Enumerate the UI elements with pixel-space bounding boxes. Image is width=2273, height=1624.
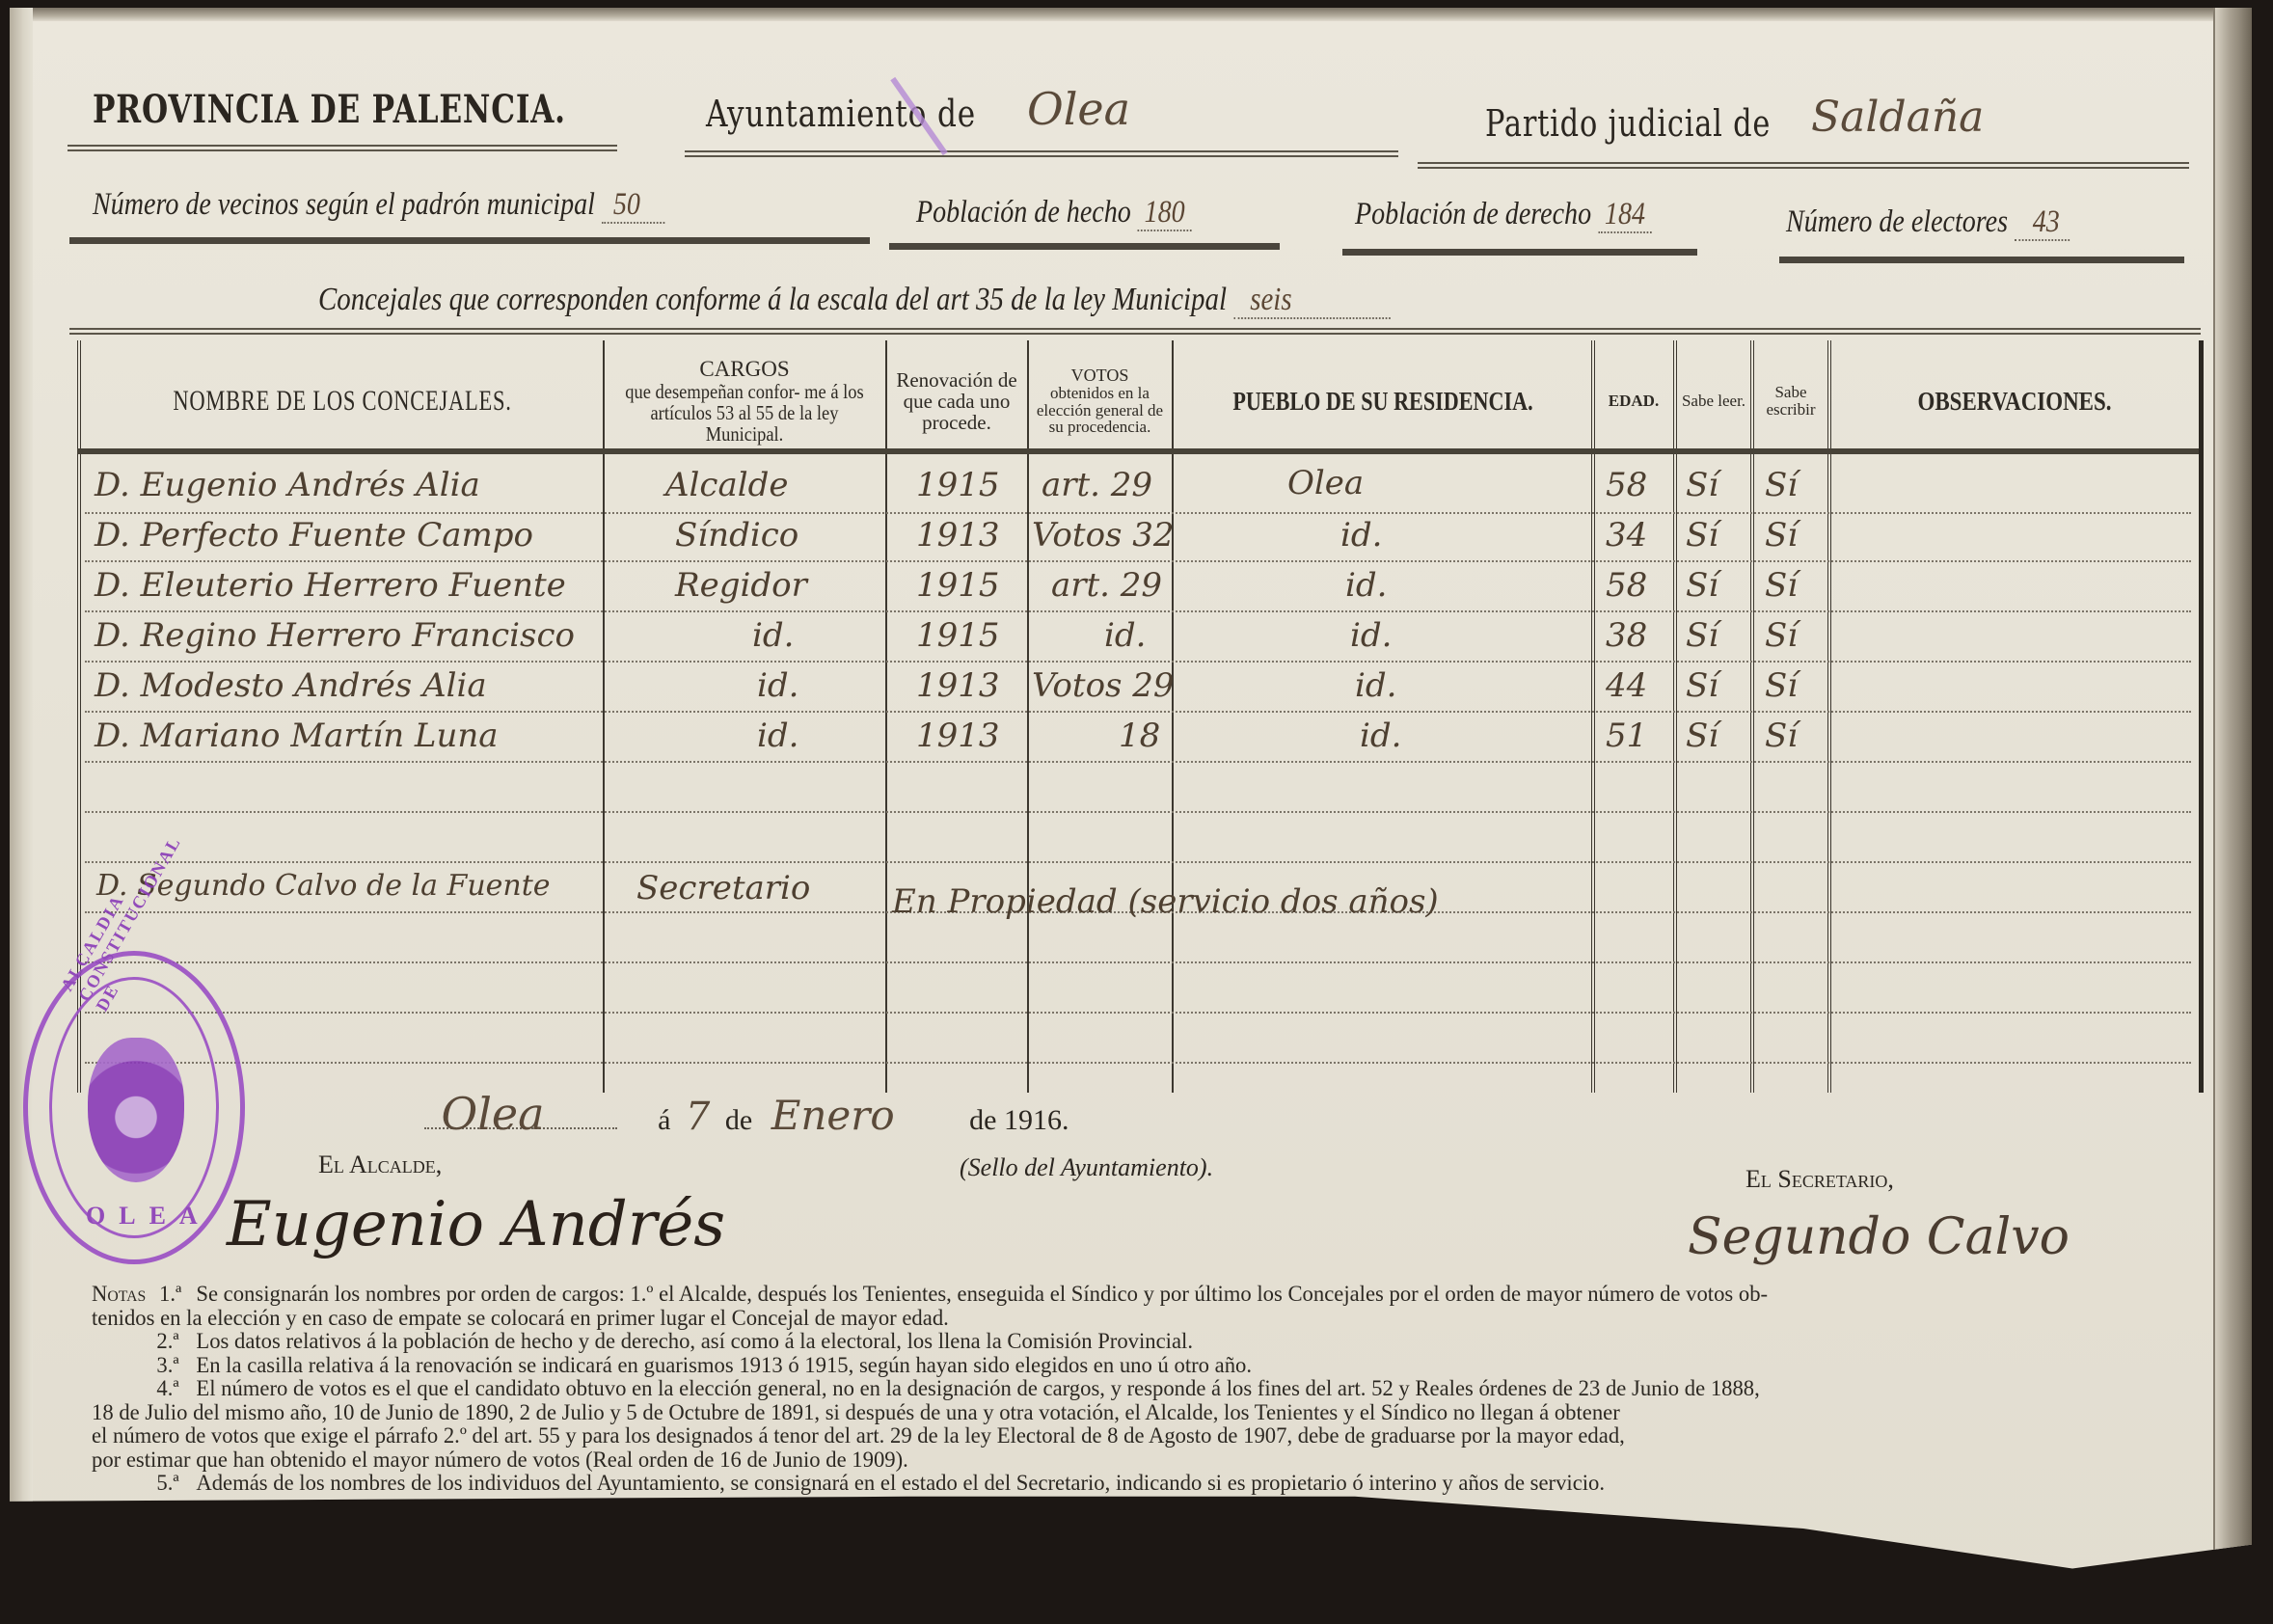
header-votos-title: VOTOS: [1071, 366, 1129, 385]
electores-label: Número de electores: [1786, 204, 2008, 239]
date-day: 7: [686, 1095, 710, 1139]
cell-escribir: Sí: [1765, 616, 1798, 655]
row-line: [85, 661, 2191, 663]
cell-renovacion: 1913: [916, 666, 1000, 705]
cell-nombre: D. Mariano Martín Luna: [95, 717, 499, 755]
note-text: tenidos en la elección y en caso de empa…: [92, 1307, 2162, 1331]
document-sheet: PROVINCIA DE PALENCIA. Ayuntamiento de O…: [10, 8, 2252, 1609]
cell-renovacion: 1915: [916, 616, 1000, 655]
date-line: Olea á 7 de Enero de 1916.: [424, 1088, 1069, 1140]
header-rule: [685, 150, 1398, 157]
note-text: el número de votos que exige el párrafo …: [92, 1424, 2162, 1448]
note-num: 1.ª: [159, 1282, 181, 1306]
date-a: á: [658, 1104, 670, 1136]
cell-nombre: D. Perfecto Fuente Campo: [95, 516, 533, 555]
cell-edad: 38: [1606, 616, 1647, 655]
table-top-rule: [69, 328, 2201, 335]
cell-renovacion: 1915: [916, 566, 1000, 605]
derecho-value: 184: [1598, 197, 1652, 233]
note-number: 3.ª: [92, 1354, 196, 1378]
header-renovacion: Renovación de que cada uno procede.: [889, 352, 1024, 450]
header-pueblo: PUEBLO DE SU RESIDENCIA.: [1214, 352, 1553, 450]
date-de: de: [725, 1104, 752, 1136]
concejales-value: seis: [1233, 282, 1390, 319]
row-line: [85, 560, 2191, 562]
cell-escribir: Sí: [1765, 717, 1798, 755]
header-sabe-leer: Sabe leer.: [1678, 352, 1749, 450]
row-line: [85, 1062, 2191, 1064]
header-rule: [68, 145, 617, 151]
date-place: Olea: [442, 1088, 545, 1140]
cell-pueblo: id.: [1355, 666, 1396, 705]
cell-renovacion: 1913: [916, 717, 1000, 755]
cell-leer: Sí: [1686, 717, 1718, 755]
alcalde-signature: Eugenio Andrés: [227, 1189, 725, 1260]
vecinos-field: Número de vecinos según el padrón munici…: [93, 187, 664, 223]
cell-edad: 58: [1606, 566, 1647, 605]
note-text: En la casilla relativa á la renovación s…: [196, 1354, 2162, 1378]
cell-leer: Sí: [1686, 616, 1718, 655]
book-edge: [2213, 8, 2252, 1551]
row-rule: [1779, 257, 2184, 263]
sello-label: (Sello del Ayuntamiento).: [960, 1153, 1213, 1182]
table-border-right: [2199, 340, 2204, 1093]
alcalde-label: El Alcalde,: [318, 1150, 442, 1179]
cell-escribir: Sí: [1765, 666, 1798, 705]
cell-pueblo: id.: [1350, 616, 1392, 655]
cell-votos: art. 29: [1042, 466, 1152, 504]
header-edad: EDAD.: [1596, 352, 1671, 450]
concejales-field: Concejales que corresponden conforme á l…: [318, 282, 1391, 318]
cell-votos: Votos 32: [1032, 516, 1175, 555]
cell-edad: 51: [1606, 717, 1647, 755]
cell-renovacion: 1913: [916, 516, 1000, 555]
cell-votos: Votos 29: [1032, 666, 1175, 705]
vecinos-label: Número de vecinos según el padrón munici…: [93, 187, 595, 222]
cell-edad: 58: [1606, 466, 1647, 504]
notes-section: Notas1.ª Se consignarán los nombres por …: [92, 1283, 2162, 1496]
row-rule: [1342, 249, 1697, 256]
cell-nombre: D. Regino Herrero Francisco: [95, 616, 575, 655]
cell-escribir: Sí: [1765, 566, 1798, 605]
cell-cargo: id.: [752, 616, 794, 655]
cell-secretario-cargo: Secretario: [636, 869, 810, 907]
cell-leer: Sí: [1686, 566, 1718, 605]
cell-secretario-detalle: En Propiedad (servicio dos años): [892, 882, 1439, 921]
cell-cargo: Alcalde: [665, 466, 789, 504]
note-text: Además de los nombres de los individuos …: [196, 1472, 2162, 1496]
header-cargos: CARGOS que desempeñan confor- me á los a…: [606, 352, 883, 450]
vecinos-value: 50: [602, 187, 664, 224]
derecho-field: Población de derecho 184: [1355, 197, 1652, 232]
row-rule: [889, 243, 1280, 250]
row-line: [85, 1012, 2191, 1014]
cell-cargo: id.: [757, 717, 798, 755]
derecho-label: Población de derecho: [1355, 197, 1591, 231]
row-line: [85, 610, 2191, 612]
cell-nombre: D. Eugenio Andrés Alia: [95, 466, 480, 504]
scanned-page: PROVINCIA DE PALENCIA. Ayuntamiento de O…: [0, 0, 2273, 1624]
note-text: por estimar que han obtenido el mayor nú…: [92, 1448, 2162, 1473]
header-divider: [77, 448, 2199, 454]
cell-cargo: Regidor: [675, 566, 807, 605]
header-rule: [1418, 162, 2189, 169]
provincia-label: PROVINCIA DE PALENCIA.: [93, 87, 566, 132]
cell-edad: 44: [1606, 666, 1647, 705]
cell-escribir: Sí: [1765, 466, 1798, 504]
row-line: [85, 761, 2191, 763]
hecho-label: Población de hecho: [916, 195, 1131, 230]
ayuntamiento-label: Ayuntamiento de: [706, 93, 976, 135]
cell-pueblo: Olea: [1287, 464, 1364, 502]
ayuntamiento-field: Ayuntamiento de: [706, 93, 1035, 136]
row-line: [85, 861, 2191, 863]
note-text: Se consignarán los nombres por orden de …: [196, 1283, 2162, 1307]
note-number: Notas1.ª: [92, 1283, 196, 1307]
note-number: 4.ª: [92, 1377, 196, 1401]
date-month: Enero: [771, 1092, 895, 1139]
cell-votos: 18: [1119, 717, 1160, 755]
note-item: 5.ª Además de los nombres de los individ…: [92, 1472, 2162, 1496]
header-sabe-escribir: Sabe escribir: [1755, 352, 1827, 450]
ayuntamiento-value: Olea: [1027, 83, 1130, 135]
row-rule: [69, 237, 870, 244]
cell-escribir: Sí: [1765, 516, 1798, 555]
cell-cargo: id.: [757, 666, 798, 705]
cell-votos: art. 29: [1051, 566, 1162, 605]
header-votos: VOTOS obtenidos en la elección general d…: [1030, 352, 1170, 450]
date-year: de 1916.: [969, 1104, 1069, 1136]
hecho-field: Población de hecho 180: [916, 195, 1191, 230]
cell-leer: Sí: [1686, 666, 1718, 705]
header-cargos-title: CARGOS: [699, 358, 789, 381]
secretario-label: El Secretario,: [1745, 1165, 1894, 1194]
municipal-seal-stamp: ALCALDIA CONSTITUCIONAL DE OLEA: [23, 951, 245, 1264]
concejales-table: NOMBRE DE LOS CONCEJALES. CARGOS que des…: [77, 340, 2199, 1093]
partido-value: Saldaña: [1811, 93, 1984, 142]
cell-votos: id.: [1104, 616, 1146, 655]
cell-pueblo: id.: [1345, 566, 1387, 605]
partido-field: Partido judicial de: [1485, 102, 1842, 146]
binding-edge: [10, 8, 33, 1531]
notes-label: Notas: [92, 1282, 146, 1306]
note-item: Notas1.ª Se consignarán los nombres por …: [92, 1283, 2162, 1307]
header-cargos-sub: que desempeñan confor- me á los artículo…: [622, 381, 866, 445]
note-item: 3.ª En la casilla relativa á la renovaci…: [92, 1354, 2162, 1378]
royal-crest-icon: [88, 1038, 184, 1182]
note-text: 18 de Julio del mismo año, 10 de Junio d…: [92, 1401, 2162, 1425]
electores-value: 43: [2015, 204, 2070, 241]
cell-pueblo: id.: [1340, 516, 1382, 555]
note-number: 5.ª: [92, 1472, 196, 1496]
concejales-label: Concejales que corresponden conforme á l…: [318, 282, 1227, 317]
header-observaciones: OBSERVACIONES.: [1859, 352, 2169, 450]
note-text: El número de votos es el que el candidat…: [196, 1377, 2162, 1401]
cell-nombre: D. Eleuterio Herrero Fuente: [95, 566, 566, 605]
row-line: [85, 811, 2191, 813]
cell-leer: Sí: [1686, 466, 1718, 504]
note-text: Los datos relativos á la población de he…: [196, 1330, 2162, 1354]
cell-leer: Sí: [1686, 516, 1718, 555]
cell-edad: 34: [1606, 516, 1647, 555]
note-item: 2.ª Los datos relativos á la población d…: [92, 1330, 2162, 1354]
cell-nombre: D. Modesto Andrés Alia: [95, 666, 487, 705]
row-line: [85, 512, 2191, 514]
page-top-edge: [10, 8, 2252, 21]
provincia-heading: PROVINCIA DE PALENCIA.: [93, 87, 699, 132]
hecho-value: 180: [1138, 195, 1192, 231]
cell-pueblo: id.: [1360, 717, 1401, 755]
cell-cargo: Síndico: [675, 516, 798, 555]
row-line: [85, 711, 2191, 713]
partido-label: Partido judicial de: [1485, 102, 1771, 145]
cell-renovacion: 1915: [916, 466, 1000, 504]
row-line: [85, 961, 2191, 963]
header-nombre: NOMBRE DE LOS CONCEJALES.: [148, 352, 537, 450]
note-number: 2.ª: [92, 1330, 196, 1354]
secretario-signature: Segundo Calvo: [1688, 1208, 2070, 1266]
electores-field: Número de electores 43: [1786, 204, 2070, 240]
header-votos-sub: obtenidos en la elección general de su p…: [1030, 385, 1170, 437]
stamp-bottom-text: OLEA: [86, 1202, 211, 1231]
note-item: 4.ª El número de votos es el que el cand…: [92, 1377, 2162, 1401]
